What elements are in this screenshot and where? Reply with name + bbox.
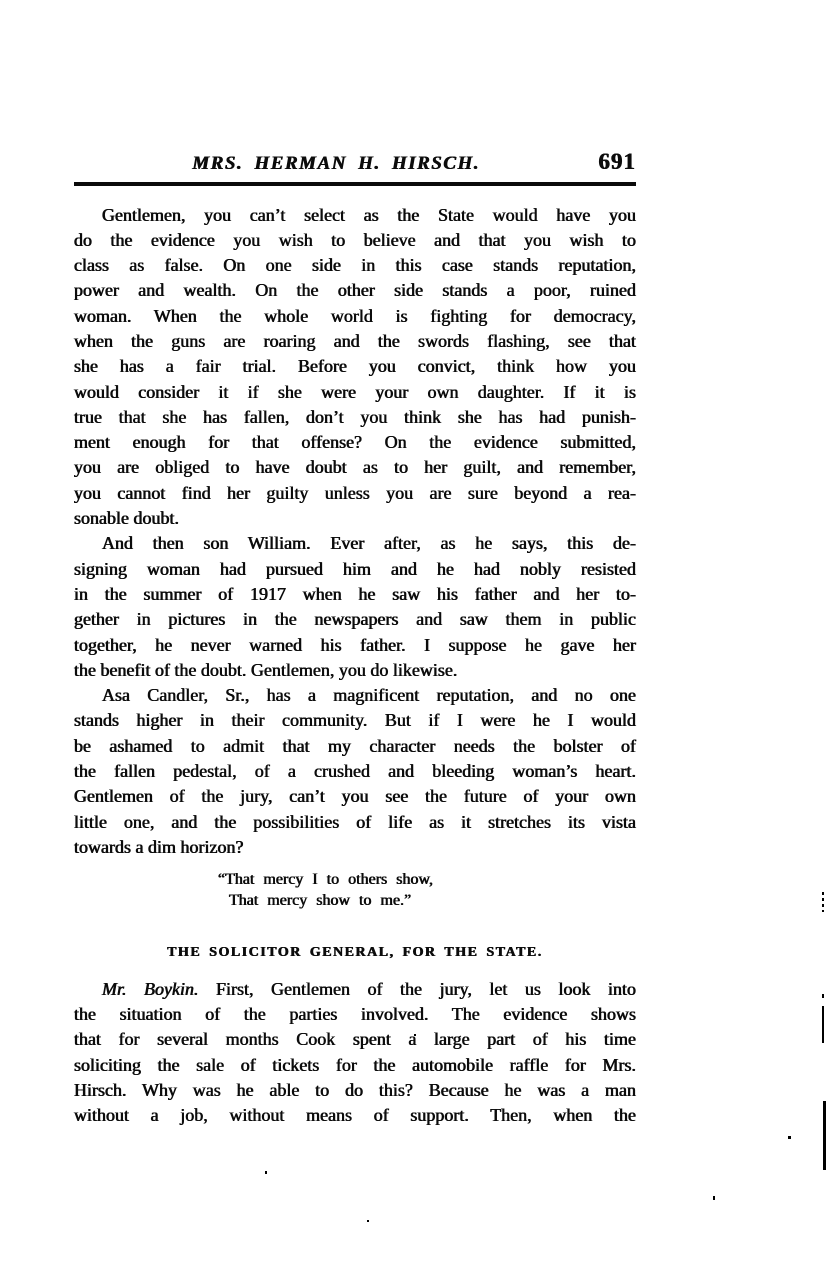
- text-line: gether in pictures in the newspapers and…: [74, 607, 636, 632]
- text-line: be ashamed to admit that my character ne…: [74, 734, 636, 759]
- scan-artifact-dot: [822, 994, 824, 998]
- text-line: the fallen pedestal, of a crushed and bl…: [74, 759, 636, 784]
- text-line: class as false. On one side in this case…: [74, 253, 636, 278]
- scan-artifact-speck: [788, 1136, 791, 1139]
- text-line: Asa Candler, Sr., has a magnificent repu…: [74, 683, 636, 708]
- verse-quote: “That mercy I to others show,That mercy …: [74, 869, 636, 912]
- text-line: And then son William. Ever after, as he …: [74, 531, 636, 556]
- text-line: the situation of the parties involved. T…: [74, 1002, 636, 1027]
- text-line: do the evidence you wish to believe and …: [74, 228, 636, 253]
- running-header-title: MRS. HERMAN H. HIRSCH.: [74, 153, 599, 175]
- quote-line: “That mercy I to others show,: [218, 869, 636, 891]
- scan-artifact-speck: [713, 1196, 715, 1200]
- paragraph: Mr. Boykin. First, Gentlemen of the jury…: [74, 977, 636, 1129]
- paragraph: Gentlemen, you can’t select as the State…: [74, 203, 636, 532]
- book-page: MRS. HERMAN H. HIRSCH. 691 Gentlemen, yo…: [0, 0, 836, 1284]
- speaker-name: Mr. Boykin.: [102, 979, 199, 999]
- text-line: the benefit of the doubt. Gentlemen, you…: [74, 658, 636, 683]
- paragraph: Asa Candler, Sr., has a magnificent repu…: [74, 683, 636, 860]
- text-column: MRS. HERMAN H. HIRSCH. 691 Gentlemen, yo…: [74, 0, 636, 1129]
- text-line: you cannot find her guilty unless you ar…: [74, 481, 636, 506]
- page-number: 691: [599, 149, 637, 175]
- text-line: together, he never warned his father. I …: [74, 633, 636, 658]
- header-rule: [74, 182, 636, 186]
- text-line: power and wealth. On the other side stan…: [74, 278, 636, 303]
- scan-artifact-line: [822, 1006, 824, 1043]
- quote-line: That mercy show to me.”: [218, 890, 636, 912]
- scan-artifact-dotted-line: [822, 892, 824, 912]
- section-heading: THE SOLICITOR GENERAL, FOR THE STATE.: [74, 944, 636, 961]
- running-header: MRS. HERMAN H. HIRSCH. 691: [74, 149, 636, 175]
- scan-artifact-line: [823, 1101, 826, 1170]
- text-line: little one, and the possibilities of lif…: [74, 810, 636, 835]
- body-text: Gentlemen, you can’t select as the State…: [74, 203, 636, 1129]
- text-line: when the guns are roaring and the swords…: [74, 329, 636, 354]
- text-line: woman. When the whole world is fighting …: [74, 304, 636, 329]
- scan-artifact-speck: [265, 1171, 267, 1174]
- paragraph: And then son William. Ever after, as he …: [74, 531, 636, 683]
- text-line: that for several months Cook spent a lar…: [74, 1027, 636, 1052]
- text-line: would consider it if she were your own d…: [74, 380, 636, 405]
- scan-artifact-speck: [414, 1034, 416, 1036]
- text-line: she has a fair trial. Before you convict…: [74, 354, 636, 379]
- text-line: Gentlemen, you can’t select as the State…: [74, 203, 636, 228]
- text-line: soliciting the sale of tickets for the a…: [74, 1053, 636, 1078]
- text-line: in the summer of 1917 when he saw his fa…: [74, 582, 636, 607]
- text-line: true that she has fallen, don’t you thin…: [74, 405, 636, 430]
- text-line: sonable doubt.: [74, 506, 636, 531]
- scanned-book-page-screenshot: { "colors": { "ink": "#0c0c0c", "paper":…: [0, 0, 836, 1284]
- text-line: ment enough for that offense? On the evi…: [74, 430, 636, 455]
- text-line: you are obliged to have doubt as to her …: [74, 455, 636, 480]
- text-line: stands higher in their community. But if…: [74, 708, 636, 733]
- text-line: Hirsch. Why was he able to do this? Beca…: [74, 1078, 636, 1103]
- text-line: towards a dim horizon?: [74, 835, 636, 860]
- text-line: Mr. Boykin. First, Gentlemen of the jury…: [74, 977, 636, 1002]
- scan-artifact-speck: [367, 1220, 369, 1222]
- text-line: signing woman had pursued him and he had…: [74, 557, 636, 582]
- text-line: without a job, without means of support.…: [74, 1103, 636, 1128]
- text-line: Gentlemen of the jury, can’t you see the…: [74, 784, 636, 809]
